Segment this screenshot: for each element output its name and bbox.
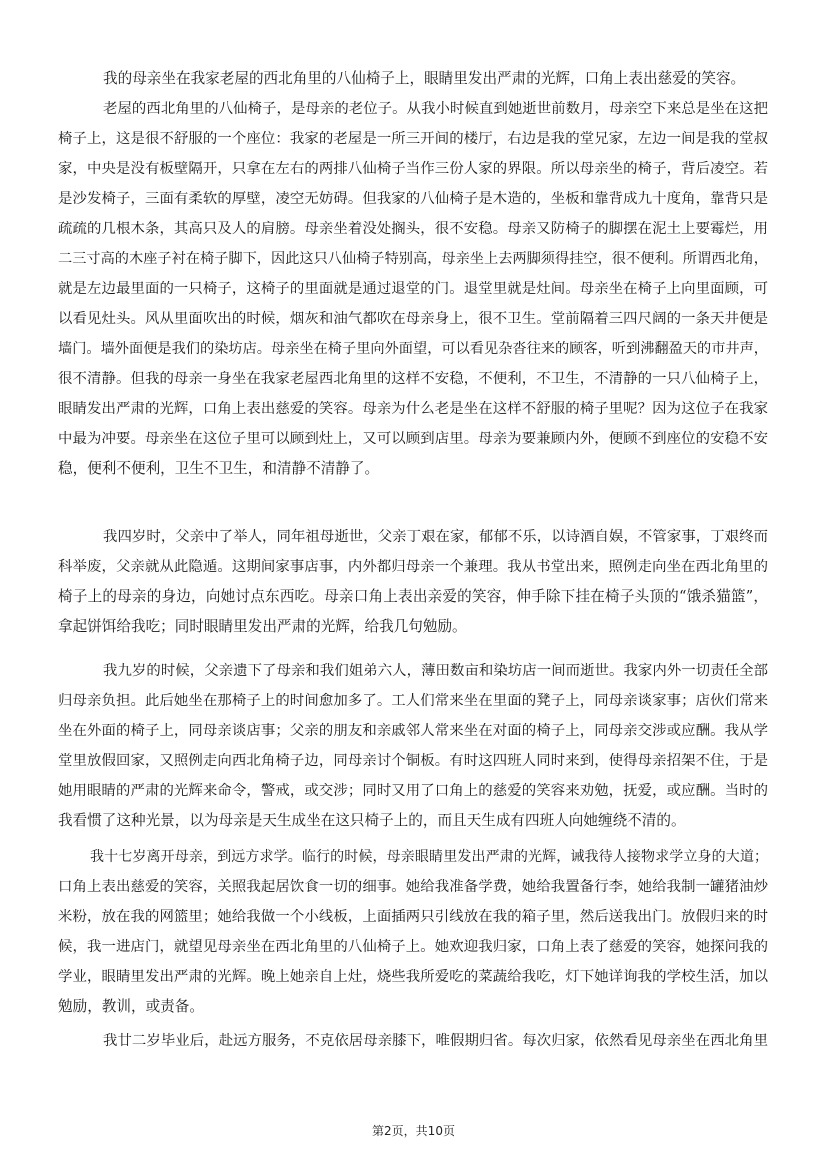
text-line: 我看惯了这种光景，以为母亲是天生成坐在这只椅子上的，而且天生成有四班人向她缠绕不… bbox=[58, 810, 768, 832]
text-line: 学业，眼睛里发出严肃的光辉。晚上她亲自上灶，烧些我所爱吃的菜蔬给我吃，灯下她详询… bbox=[58, 966, 768, 988]
text-line: 我九岁的时候，父亲遗下了母亲和我们姐弟六人，薄田数亩和染坊店一间而逝世。我家内外… bbox=[103, 660, 768, 682]
page-number-footer: 第2页，共10页 bbox=[0, 1122, 827, 1139]
text-line: 堂里放假回家，又照例走向西北角椅子边，同母亲讨个铜板。有时这四班人同时来到，使得… bbox=[58, 750, 768, 772]
text-line: 坐在外面的椅子上，同母亲谈店事；父亲的朋友和亲戚邻人常来坐在对面的椅子上，同母亲… bbox=[58, 720, 768, 742]
text-line: 是沙发椅子，三面有柔软的厚壁，凌空无妨碍。但我家的八仙椅子是木造的，坐板和靠背成… bbox=[58, 188, 768, 210]
text-line: 归母亲负担。此后她坐在那椅子上的时间愈加多了。工人们常来坐在里面的凳子上，同母亲… bbox=[58, 690, 768, 712]
text-line: 椅子上的母亲的身边，向她讨点东西吃。母亲口角上表出亲爱的笑容，伸手除下挂在椅子头… bbox=[58, 586, 768, 608]
text-line: 她用眼睛的严肃的光辉来命令，警戒，或交涉；同时又用了口角上的慈爱的笑容来劝勉，抚… bbox=[58, 780, 768, 802]
text-line: 眼睛发出严肃的光辉，口角上表出慈爱的笑容。母亲为什么老是坐在这样不舒服的椅子里呢… bbox=[58, 398, 768, 420]
text-line: 二三寸高的木座子衬在椅子脚下，因此这只八仙椅子特别高，母亲坐上去两脚须得挂空，很… bbox=[58, 248, 768, 270]
text-line: 老屋的西北角里的八仙椅子，是母亲的老位子。从我小时候直到她逝世前数月，母亲空下来… bbox=[103, 98, 768, 120]
text-line: 墙门。墙外面便是我们的染坊店。母亲坐在椅子里向外面望，可以看见杂沓往来的顾客，听… bbox=[58, 338, 768, 360]
text-line: 候，我一进店门，就望见母亲坐在西北角里的八仙椅子上。她欢迎我归家，口角上表了慈爱… bbox=[58, 936, 768, 958]
text-line: 稳，便利不便利，卫生不卫生，和清静不清静了。 bbox=[58, 458, 768, 480]
text-line: 我的母亲坐在我家老屋的西北角里的八仙椅子上，眼睛里发出严肃的光辉，口角上表出慈爱… bbox=[103, 68, 768, 90]
text-line: 我四岁时，父亲中了举人，同年祖母逝世，父亲丁艰在家，郁郁不乐，以诗酒自娱，不管家… bbox=[103, 526, 768, 548]
text-line: 米粉，放在我的网篮里；她给我做一个小线板，上面插两只引线放在我的箱子里，然后送我… bbox=[58, 906, 768, 928]
text-line: 疏疏的几根木条，其高只及人的肩膀。母亲坐着没处搁头，很不安稳。母亲又防椅子的脚摆… bbox=[58, 218, 768, 240]
text-line: 我廿二岁毕业后，赴远方服务，不克依居母亲膝下，唯假期归省。每次归家，依然看见母亲… bbox=[103, 1030, 768, 1052]
text-line: 勉励，教训，或责备。 bbox=[58, 996, 768, 1018]
document-page: 我的母亲坐在我家老屋的西北角里的八仙椅子上，眼睛里发出严肃的光辉，口角上表出慈爱… bbox=[0, 0, 827, 1169]
text-line: 口角上表出慈爱的笑容，关照我起居饮食一切的细事。她给我准备学费，她给我置备行李，… bbox=[58, 876, 768, 898]
text-line: 家，中央是没有板壁隔开，只拿在左右的两排八仙椅子当作三份人家的界限。所以母亲坐的… bbox=[58, 158, 768, 180]
text-line: 很不清静。但我的母亲一身坐在我家老屋西北角里的这样不安稳，不便利，不卫生，不清静… bbox=[58, 368, 768, 390]
text-line: 椅子上，这是很不舒服的一个座位：我家的老屋是一所三开间的楼厅，右边是我的堂兄家，… bbox=[58, 128, 768, 150]
text-line: 我十七岁离开母亲，到远方求学。临行的时候，母亲眼睛里发出严肃的光辉，诫我待人接物… bbox=[90, 846, 768, 868]
text-line: 中最为冲要。母亲坐在这位子里可以顾到灶上，又可以顾到店里。母亲为要兼顾内外，便顾… bbox=[58, 428, 768, 450]
text-line: 以看见灶头。风从里面吹出的时候，烟灰和油气都吹在母亲身上，很不卫生。堂前隔着三四… bbox=[58, 308, 768, 330]
text-line: 就是左边最里面的一只椅子，这椅子的里面就是通过退堂的门。退堂里就是灶间。母亲坐在… bbox=[58, 278, 768, 300]
text-line: 科举废，父亲就从此隐遁。这期间家事店事，内外都归母亲一个兼理。我从书堂出来，照例… bbox=[58, 556, 768, 578]
text-line: 拿起饼饵给我吃；同时眼睛里发出严肃的光辉，给我几句勉励。 bbox=[58, 616, 768, 638]
